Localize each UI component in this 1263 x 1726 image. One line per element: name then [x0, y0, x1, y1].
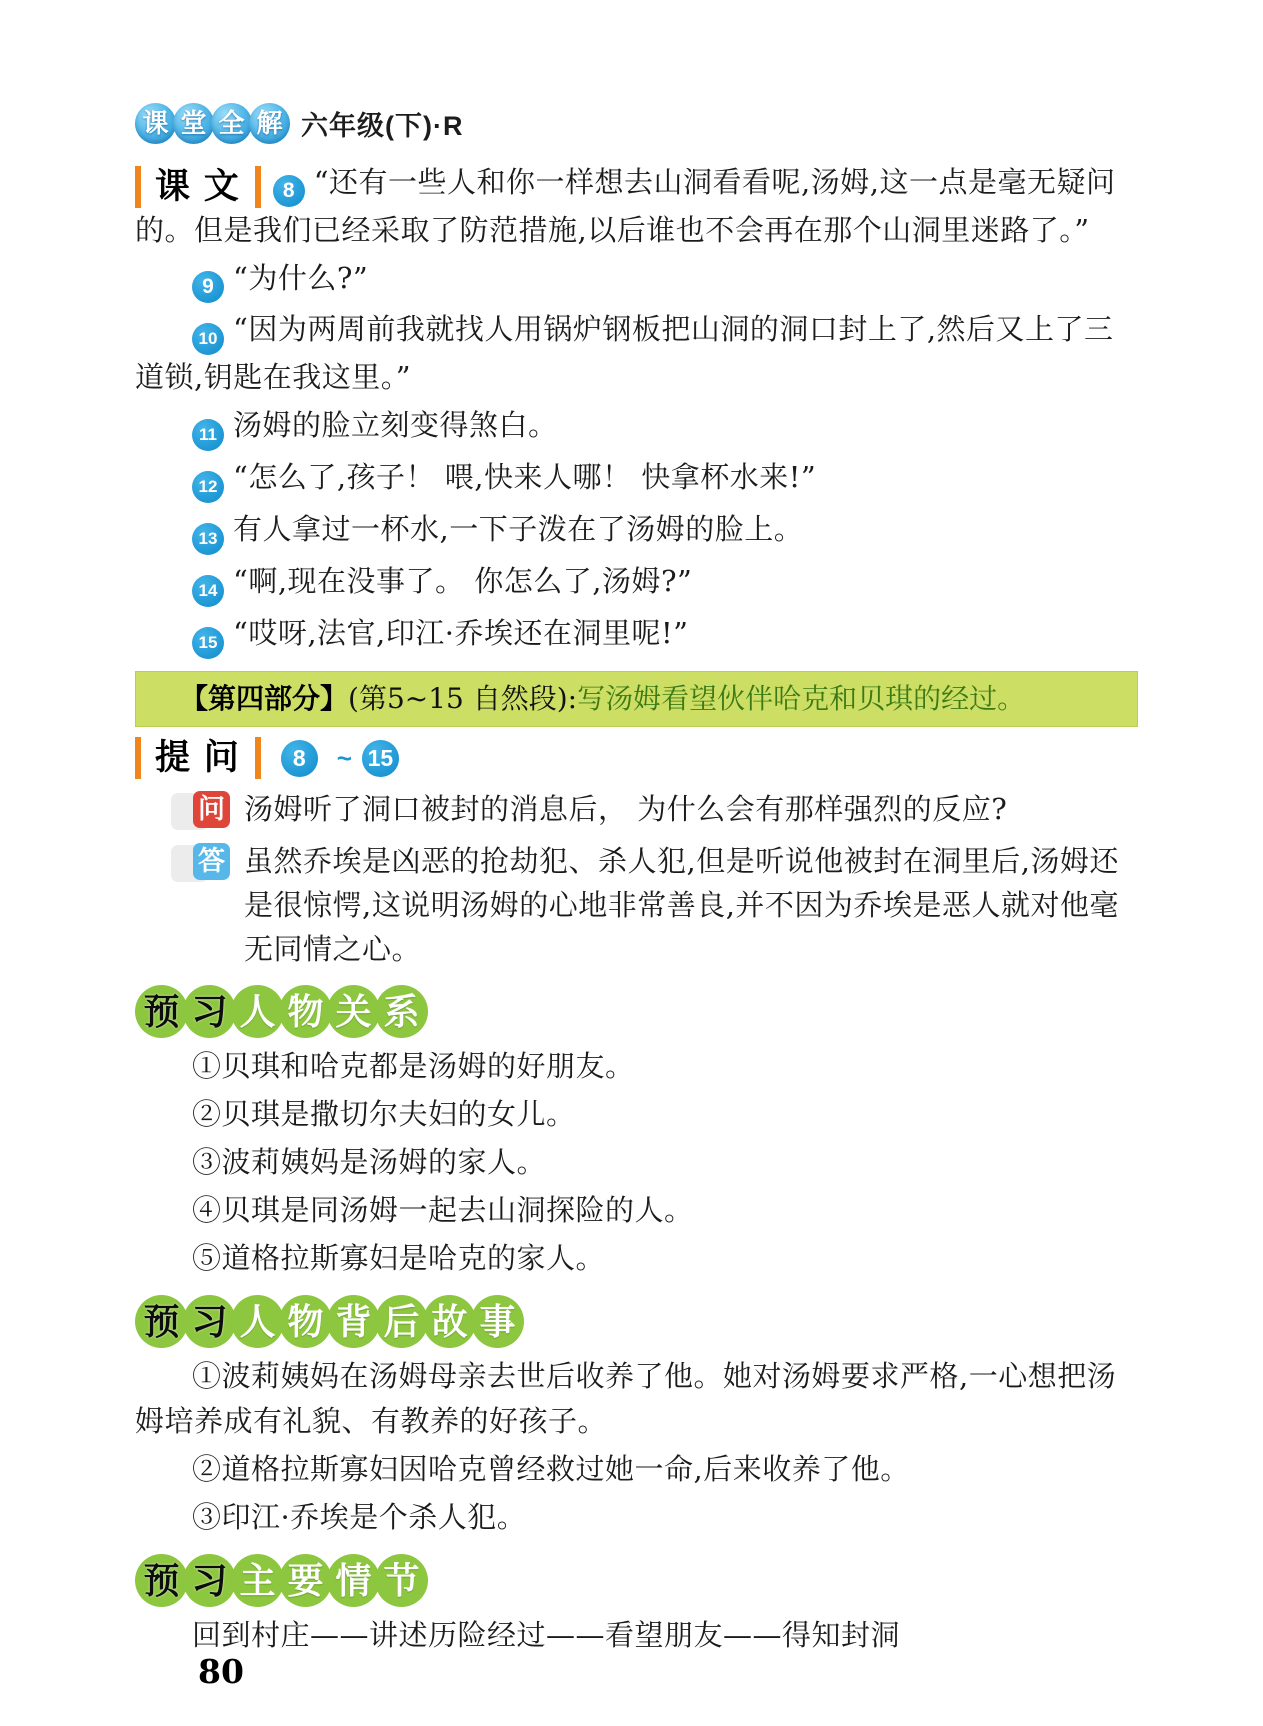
paragraph-text: “为什么?”	[233, 261, 368, 295]
paragraph-number-badge: 11	[192, 419, 224, 451]
logo-bubble: 解	[249, 103, 290, 144]
yuxi-badge-char: 习	[183, 1554, 236, 1607]
paragraph-range-start-badge: 8	[281, 740, 318, 777]
paragraph-text: “因为两周前我就找人用锅炉钢板把山洞的洞口封上了,然后又上了三道锁,钥匙在我这里…	[135, 312, 1114, 394]
yuxi-badge-char: 预	[135, 1295, 188, 1348]
paragraph-text: “哎呀,法官,印江·乔埃还在洞里呢!”	[233, 616, 688, 650]
brand-logo: 课堂全解	[135, 103, 287, 144]
logo-bubble: 堂	[173, 103, 214, 144]
yuxi-item: ②贝琪是撒切尔夫妇的女儿。	[135, 1092, 1138, 1137]
tiwen-header: 提 问 8 ~ 15	[135, 737, 1138, 779]
yuxi-badge-char: 事	[471, 1295, 524, 1348]
text-paragraph: 14“啊,现在没事了。 你怎么了,汤姆?”	[135, 559, 1138, 607]
yuxi-badge-char: 节	[375, 1554, 428, 1607]
paragraph-range-end-badge: 15	[362, 740, 399, 777]
yuxi-badge-char: 预	[135, 985, 188, 1038]
answer-text: 虽然乔埃是凶恶的抢劫犯、杀人犯,但是听说他被封在洞里后,汤姆还是很惊愕,这说明汤…	[244, 839, 1138, 971]
yuxi-badge-char: 习	[183, 985, 236, 1038]
yuxi-badge-char: 关	[327, 985, 380, 1038]
paragraph-text: “啊,现在没事了。 你怎么了,汤姆?”	[233, 564, 692, 598]
paragraph-number-badge: 14	[192, 575, 224, 607]
text-paragraph: 11汤姆的脸立刻变得煞白。	[135, 403, 1138, 451]
text-paragraph: 9“为什么?”	[135, 256, 1138, 303]
range-tilde: ~	[337, 743, 352, 774]
paragraph-text: 有人拿过一杯水,一下子泼在了汤姆的脸上。	[233, 512, 803, 546]
yuxi-badge: 预习人物背后故事	[135, 1295, 1138, 1348]
yuxi-badge-char: 预	[135, 1554, 188, 1607]
yuxi-badge-char: 人	[231, 985, 284, 1038]
yuxi-section: 预习人物背后故事①波莉姨妈在汤姆母亲去世后收养了他。她对汤姆要求严格,一心想把汤…	[135, 1295, 1138, 1540]
question-row: 问 汤姆听了洞口被封的消息后， 为什么会有那样强烈的反应?	[193, 787, 1138, 831]
kewen-section: 课 文8“还有一些人和你一样想去山洞看看呢,汤姆,这一点是毫无疑问的。但是我们已…	[135, 160, 1138, 659]
page-number: 80	[198, 1652, 244, 1691]
paragraph-number-badge: 9	[192, 271, 224, 303]
yuxi-badge-char: 习	[183, 1295, 236, 1348]
part-range: (第5~15 自然段):	[348, 682, 577, 715]
yuxi-badge-char: 后	[375, 1295, 428, 1348]
text-paragraph: 15“哎呀,法官,印江·乔埃还在洞里呢!”	[135, 611, 1138, 659]
paragraph-number-badge: 10	[192, 323, 224, 355]
yuxi-section: 预习人物关系①贝琪和哈克都是汤姆的好朋友。②贝琪是撒切尔夫妇的女儿。③波莉姨妈是…	[135, 985, 1138, 1281]
yuxi-item: ①波莉姨妈在汤姆母亲去世后收养了他。她对汤姆要求严格,一心想把汤姆培养成有礼貌、…	[135, 1354, 1138, 1444]
yuxi-sections: 预习人物关系①贝琪和哈克都是汤姆的好朋友。②贝琪是撒切尔夫妇的女儿。③波莉姨妈是…	[135, 985, 1138, 1658]
yuxi-item: ②道格拉斯寡妇因哈克曾经救过她一命,后来收养了他。	[135, 1447, 1138, 1492]
textbook-page: 课堂全解 六年级(下)·R 课 文8“还有一些人和你一样想去山洞看看呢,汤姆,这…	[0, 0, 1263, 1726]
answer-row: 答 虽然乔埃是凶恶的抢劫犯、杀人犯,但是听说他被封在洞里后,汤姆还是很惊愕,这说…	[193, 839, 1138, 971]
yuxi-badge-char: 情	[327, 1554, 380, 1607]
text-paragraph: 10“因为两周前我就找人用锅炉钢板把山洞的洞口封上了,然后又上了三道锁,钥匙在我…	[135, 307, 1138, 399]
edition-label: 六年级(下)·R	[301, 104, 463, 143]
paragraph-text: “怎么了,孩子！ 喂,快来人哪！ 快拿杯水来!”	[233, 460, 816, 494]
yuxi-item: ①贝琪和哈克都是汤姆的好朋友。	[135, 1044, 1138, 1089]
text-paragraph: 课 文8“还有一些人和你一样想去山洞看看呢,汤姆,这一点是毫无疑问的。但是我们已…	[135, 160, 1138, 252]
yuxi-item: 回到村庄——讲述历险经过——看望朋友——得知封洞	[135, 1613, 1138, 1658]
paragraph-text: 汤姆的脸立刻变得煞白。	[233, 408, 558, 442]
tiwen-label: 提 问	[135, 737, 261, 779]
yuxi-badge-char: 物	[279, 1295, 332, 1348]
paragraph-number-badge: 15	[192, 627, 224, 659]
part-summary-text: 写汤姆看望伙伴哈克和贝琪的经过。	[577, 682, 1025, 715]
yuxi-badge: 预习人物关系	[135, 985, 1138, 1038]
question-text: 汤姆听了洞口被封的消息后， 为什么会有那样强烈的反应?	[244, 787, 1138, 831]
question-icon: 问	[193, 791, 230, 828]
yuxi-badge-char: 故	[423, 1295, 476, 1348]
paragraph-number-badge: 8	[273, 175, 305, 207]
yuxi-item: ④贝琪是同汤姆一起去山洞探险的人。	[135, 1188, 1138, 1233]
page-header: 课堂全解 六年级(下)·R	[135, 100, 1138, 146]
text-paragraph: 12“怎么了,孩子！ 喂,快来人哪！ 快拿杯水来!”	[135, 455, 1138, 503]
text-paragraph: 13有人拿过一杯水,一下子泼在了汤姆的脸上。	[135, 507, 1138, 555]
yuxi-badge-char: 主	[231, 1554, 284, 1607]
kewen-label: 课 文	[135, 166, 261, 208]
paragraph-number-badge: 13	[192, 523, 224, 555]
yuxi-badge-char: 要	[279, 1554, 332, 1607]
yuxi-badge-char: 物	[279, 985, 332, 1038]
yuxi-item: ⑤道格拉斯寡妇是哈克的家人。	[135, 1236, 1138, 1281]
logo-bubble: 全	[211, 103, 252, 144]
yuxi-badge-char: 背	[327, 1295, 380, 1348]
yuxi-badge-char: 系	[375, 985, 428, 1038]
part-title: 【第四部分】	[180, 683, 348, 714]
answer-icon: 答	[193, 843, 230, 880]
paragraph-number-badge: 12	[192, 471, 224, 503]
logo-bubble: 课	[135, 103, 176, 144]
part-summary-banner: 【第四部分】(第5~15 自然段):写汤姆看望伙伴哈克和贝琪的经过。	[135, 671, 1138, 727]
yuxi-badge: 预习主要情节	[135, 1554, 1138, 1607]
yuxi-section: 预习主要情节回到村庄——讲述历险经过——看望朋友——得知封洞	[135, 1554, 1138, 1658]
yuxi-item: ③波莉姨妈是汤姆的家人。	[135, 1140, 1138, 1185]
yuxi-item: ③印江·乔埃是个杀人犯。	[135, 1495, 1138, 1540]
yuxi-badge-char: 人	[231, 1295, 284, 1348]
